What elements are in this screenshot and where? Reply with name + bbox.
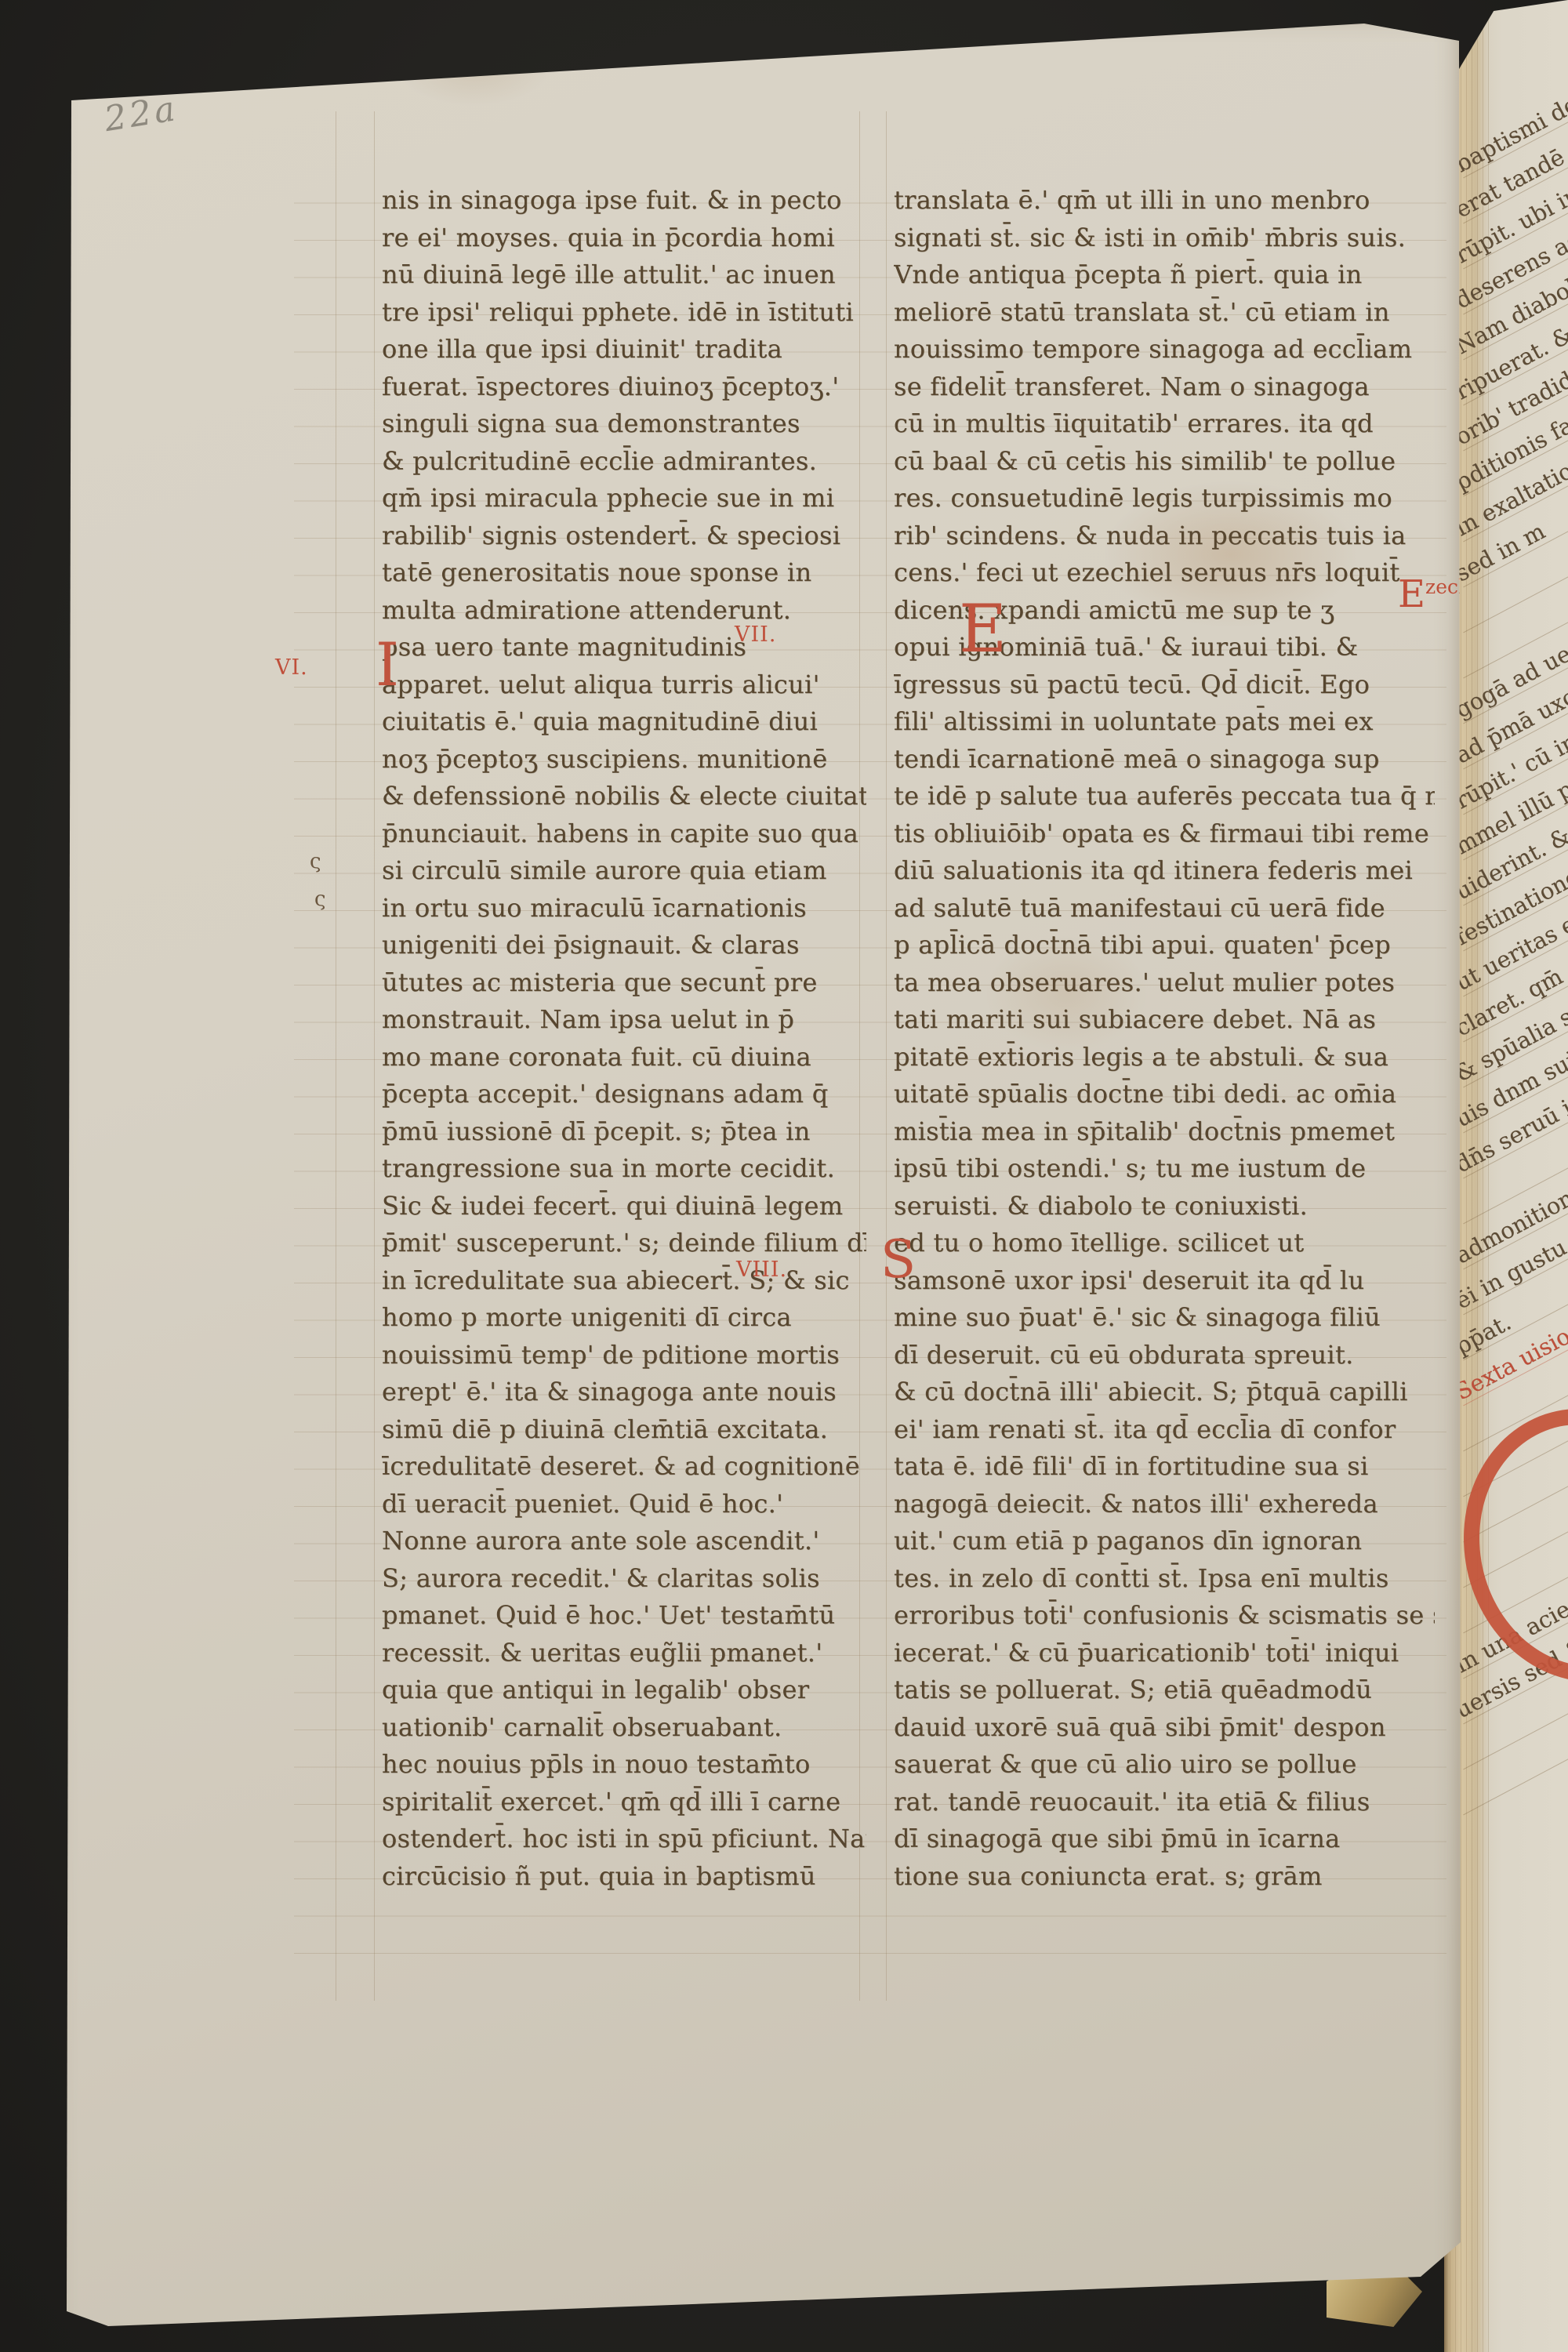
- manuscript-line: dī sinagogā que sibi p̄mū in īcarna: [894, 1820, 1435, 1858]
- rubric-initial-S: S: [880, 1234, 916, 1286]
- manuscript-line: Nonne aurora ante sole ascendit.': [382, 1523, 866, 1560]
- manuscript-line: fuerat. īspectores diuinoʒ p̄ceptoʒ.': [382, 368, 866, 406]
- manuscript-line: mine suo p̄uat' ē.' sic & sinagoga filiū: [894, 1299, 1435, 1337]
- manuscript-line: p̄mit' susceperunt.' s; deinde filium dī: [382, 1225, 866, 1262]
- manuscript-line: & pulcritudinē eccl̄ie admirantes.: [382, 443, 866, 481]
- margin-numeral-vii: VII.: [735, 622, 776, 647]
- manuscript-line: rat. tandē reuocauit.' ita etiā & filius: [894, 1784, 1435, 1821]
- manuscript-line: ta mea obseruares.' uelut mulier potes: [894, 964, 1435, 1002]
- manuscript-line: ad salutē tuā manifestaui cū uerā fide: [894, 890, 1435, 927]
- manuscript-line: tati mariti sui subiacere debet. Nā as: [894, 1001, 1435, 1039]
- manuscript-line: recessit. & ueritas eug̃lii pmanet.': [382, 1635, 866, 1672]
- manuscript-line: S; aurora recedit.' & claritas solis: [382, 1560, 866, 1598]
- margin-paragraph-mark: ς: [310, 850, 321, 873]
- manuscript-line: uationib' carnalit̄ obseruabant.: [382, 1709, 866, 1747]
- manuscript-line: re ei' moyses. quia in p̄cordia homi: [382, 220, 866, 257]
- manuscript-line: homo p morte unigeniti dī circa: [382, 1299, 866, 1337]
- manuscript-line: fili' altissimi in uoluntate pat̄s mei e…: [894, 703, 1435, 741]
- manuscript-line: noʒ p̄ceptoʒ suscipiens. munitionē: [382, 741, 866, 779]
- manuscript-line: psa uero tante magnitudinis: [382, 629, 866, 666]
- manuscript-line: quia que antiqui in legalib' obser: [382, 1671, 866, 1709]
- manuscript-line: & cū doct̄nā illi' abiecit. S; p̄tquā ca…: [894, 1374, 1435, 1411]
- manuscript-line: samsonē uxor ipsi' deseruit ita qd̄ lu: [894, 1262, 1435, 1300]
- manuscript-line: dī deseruit. cū eū obdurata spreuit.: [894, 1337, 1435, 1374]
- manuscript-line: res. consuetudinē legis turpissimis mo: [894, 480, 1435, 517]
- parchment-stain: [396, 28, 553, 107]
- manuscript-line: dauid uxorē suā quā sibi p̄mit' despon: [894, 1709, 1435, 1747]
- manuscript-line: nouissimo tempore sinagoga ad eccl̄iam: [894, 331, 1435, 368]
- manuscript-page: 22a nis in sinagoga ipse fuit. & in pect…: [67, 17, 1462, 2335]
- manuscript-line: nouissimū temp' de pditione mortis: [382, 1337, 866, 1374]
- manuscript-line: mo mane coronata fuit. cū diuina: [382, 1039, 866, 1076]
- margin-note-initial: E: [1398, 572, 1425, 616]
- manuscript-line: īgressus sū pactū tecū. Qd̄ dicit̄. Ego: [894, 666, 1435, 704]
- manuscript-line: si circulū simile aurore quia etiam: [382, 852, 866, 890]
- manuscript-line: in īcredulitate sua abiecert̄. S; & sic: [382, 1262, 866, 1300]
- manuscript-line: tis obliuiōib' opata es & firmaui tibi r…: [894, 815, 1435, 853]
- manuscript-line: meliorē statū translata st̄.' cū etiam i…: [894, 294, 1435, 332]
- folio-number-pencil: 22a: [102, 89, 181, 140]
- manuscript-line: tre ipsi' reliqui pphete. idē in īstitut…: [382, 294, 866, 332]
- manuscript-line: cens.' feci ut ezechiel seruus nr̄s loqu…: [894, 554, 1435, 592]
- text-column-2: translata ē.' qm̄ ut illi in uno menbros…: [894, 182, 1435, 1895]
- margin-paragraph-mark: ς: [314, 887, 326, 911]
- manuscript-line: spiritalit̄ exercet.' qm̄ qd̄ illi ī car…: [382, 1784, 866, 1821]
- manuscript-line: one illa que ipsi diuinit' tradita: [382, 331, 866, 368]
- manuscript-line: nis in sinagoga ipse fuit. & in pecto: [382, 182, 866, 220]
- manuscript-line: tendi īcarnationē meā o sinagoga sup: [894, 741, 1435, 779]
- manuscript-line: monstrauit. Nam ipsa uelut in p̄: [382, 1001, 866, 1039]
- manuscript-line: ūtutes ac misteria que secunt̄ pre: [382, 964, 866, 1002]
- manuscript-line: singuli signa sua demonstrantes: [382, 405, 866, 443]
- manuscript-line: ipsū tibi ostendi.' s; tu me iustum de: [894, 1150, 1435, 1188]
- manuscript-line: & defenssionē nobilis & electe ciuitatis: [382, 778, 866, 815]
- manuscript-line: se fidelit̄ transferet. Nam o sinagoga: [894, 368, 1435, 406]
- manuscript-line: erroribus tot̄i' confusionis & scismatis…: [894, 1597, 1435, 1635]
- manuscript-line: ei' iam renati st̄. ita qd̄ eccl̄ia dī c…: [894, 1411, 1435, 1449]
- manuscript-line: pitatē ext̄ioris legis a te abstuli. & s…: [894, 1039, 1435, 1076]
- manuscript-line: seruisti. & diabolo te coniuxisti.: [894, 1188, 1435, 1225]
- manuscript-line: īcredulitatē deseret. & ad cognitionē: [382, 1448, 866, 1486]
- text-column-1: nis in sinagoga ipse fuit. & in pectore …: [382, 182, 866, 1895]
- manuscript-line: rib' scindens. & nuda in peccatis tuis i…: [894, 517, 1435, 555]
- manuscript-line: uitatē spūalis doct̄ne tibi dedi. ac om̄…: [894, 1076, 1435, 1113]
- manuscript-line: dī ueracit̄ pueniet. Quid ē hoc.': [382, 1486, 866, 1523]
- margin-numeral-vi: VI.: [275, 655, 308, 680]
- manuscript-line: ciuitatis ē.' quia magnitudinē diui: [382, 703, 866, 741]
- vertical-ruling: [336, 111, 336, 2001]
- manuscript-line: signati st̄. sic & isti in om̄ib' m̄bris…: [894, 220, 1435, 257]
- margin-numeral-viii: VIII.: [736, 1258, 787, 1282]
- manuscript-line: erept' ē.' ita & sinagoga ante nouis: [382, 1374, 866, 1411]
- manuscript-line: mist̄ia mea in sp̄italib' doct̄nis pmeme…: [894, 1113, 1435, 1151]
- rubric-initial-I: I: [376, 635, 399, 695]
- manuscript-line: translata ē.' qm̄ ut illi in uno menbro: [894, 182, 1435, 220]
- manuscript-line: tata ē. idē fili' dī in fortitudine sua …: [894, 1448, 1435, 1486]
- vertical-ruling: [374, 111, 375, 2001]
- manuscript-line: trangressione sua in morte cecidit.: [382, 1150, 866, 1188]
- rubric-initial-E: E: [959, 596, 1007, 662]
- manuscript-line: simū diē p diuinā clem̄tiā excitata.: [382, 1411, 866, 1449]
- manuscript-line: cū baal & cū cet̄is his similib' te poll…: [894, 443, 1435, 481]
- manuscript-line: nagogā deiecit. & natos illi' exhereda: [894, 1486, 1435, 1523]
- manuscript-line: multa admiratione attenderunt.: [382, 592, 866, 630]
- vertical-ruling: [886, 111, 887, 2001]
- manuscript-line: sauerat & que cū alio uiro se pollue: [894, 1746, 1435, 1784]
- manuscript-line: apparet. uelut aliqua turris alicui': [382, 666, 866, 704]
- manuscript-line: tatis se polluerat. S; etiā quēadmodū: [894, 1671, 1435, 1709]
- manuscript-line: qm̄ ipsi miracula pphecie sue in mi: [382, 480, 866, 517]
- manuscript-line: uit.' cum etiā p paganos dīn ignoran: [894, 1523, 1435, 1560]
- manuscript-line: cū in multis īiquitatib' errares. ita qd: [894, 405, 1435, 443]
- manuscript-line: ostendert̄. hoc isti in spū pficiunt. Na…: [382, 1820, 866, 1858]
- next-page-fore-edge: baptismi deserenerat tandē circarūpit. u…: [1444, 0, 1568, 2352]
- manuscript-line: te idē p salute tua auferēs peccata tua …: [894, 778, 1435, 815]
- manuscript-line: Sic & iudei fecert̄. qui diuinā legem: [382, 1188, 866, 1225]
- manuscript-line: rabilib' signis ostendert̄. & speciosi: [382, 517, 866, 555]
- manuscript-line: tione sua coniuncta erat. s; grām: [894, 1858, 1435, 1896]
- manuscript-line: tes. in zelo dī cont̄ti st̄. Ipsa enī mu…: [894, 1560, 1435, 1598]
- manuscript-line: pmanet. Quid ē hoc.' Uet' testam̄tū: [382, 1597, 866, 1635]
- manuscript-line: iecerat.' & cū p̄uaricationib' tot̄i' in…: [894, 1635, 1435, 1672]
- manuscript-line: p̄mū iussionē dī p̄cepit. s; p̄tea in: [382, 1113, 866, 1151]
- manuscript-line: circūcisio ñ put. quia in baptismū: [382, 1858, 866, 1896]
- manuscript-line: Vnde antiqua p̄cepta ñ piert̄. quia in: [894, 256, 1435, 294]
- manuscript-line: hec nouius pp̄ls in nouo testam̄to: [382, 1746, 866, 1784]
- manuscript-line: unigeniti dei p̄signauit. & claras: [382, 927, 866, 964]
- manuscript-line: nū diuinā legē ille attulit.' ac inuen: [382, 256, 866, 294]
- manuscript-line: tatē generositatis noue sponse in: [382, 554, 866, 592]
- manuscript-line: diū saluationis ita qd itinera federis m…: [894, 852, 1435, 890]
- manuscript-line: ed tu o homo ītellige. scilicet ut: [894, 1225, 1435, 1262]
- manuscript-line: in ortu suo miraculū īcarnationis: [382, 890, 866, 927]
- manuscript-line: p̄cepta accepit.' designans adam q̄: [382, 1076, 866, 1113]
- manuscript-line: p̄nunciauit. habens in capite suo qua: [382, 815, 866, 853]
- manuscript-line: p apl̄icā doct̄nā tibi apui. quaten' p̄c…: [894, 927, 1435, 964]
